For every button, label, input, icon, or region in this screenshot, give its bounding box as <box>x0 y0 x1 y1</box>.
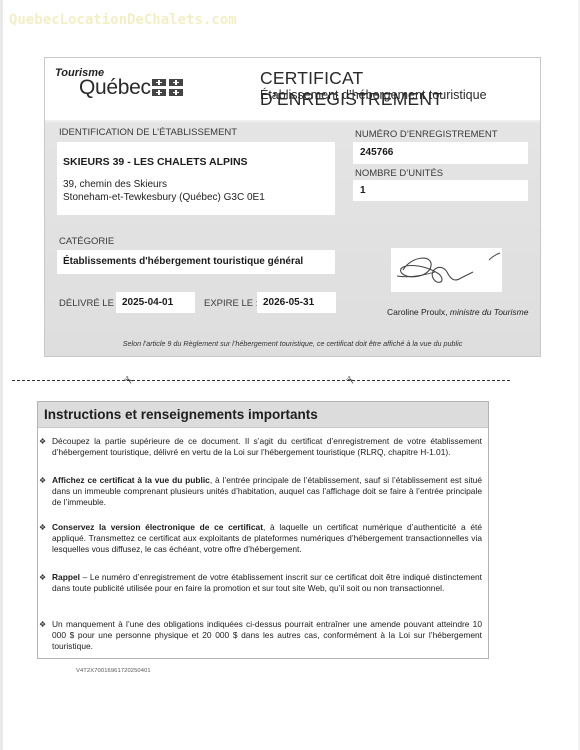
identification-box: SKIEURS 39 - LES CHALETS ALPINS 39, chem… <box>57 142 335 215</box>
category-box: Établissements d'hébergement touristique… <box>57 250 335 274</box>
instruction-item: ❖ Un manquement à l’une des obligations … <box>52 619 482 653</box>
quebec-flag-icon <box>152 79 183 96</box>
scissors-icon: ✂ <box>121 373 136 389</box>
signatory-title: ministre du Tourisme <box>450 307 529 317</box>
issued-date-label: DÉLIVRÉ LE : <box>59 298 119 309</box>
instruction-item: ❖ Conservez la version électronique de c… <box>52 522 482 556</box>
diamond-bullet-icon: ❖ <box>39 522 46 533</box>
registration-number-value: 245766 <box>360 147 393 158</box>
instruction-item: ❖ Découpez la partie supérieure de ce do… <box>52 436 482 458</box>
expiry-date-value: 2026-05-31 <box>263 297 314 308</box>
registration-number-label: NUMÉRO D’ENREGISTREMENT <box>355 129 498 140</box>
signature-box <box>391 248 502 292</box>
instruction-item: ❖ Rappel – Le numéro d’enregistrement de… <box>52 572 482 594</box>
expiry-date-box: 2026-05-31 <box>257 292 336 313</box>
diamond-bullet-icon: ❖ <box>39 436 46 447</box>
issued-date-value: 2025-04-01 <box>122 297 173 308</box>
expiry-date-label: EXPIRE LE : <box>204 298 258 309</box>
instructions-title: Instructions et renseignements important… <box>44 407 318 422</box>
document-id: V4T2X70016961720250401 <box>76 668 151 674</box>
legal-display-note: Selon l’article 9 du Règlement sur l’héb… <box>45 339 540 348</box>
units-label: NOMBRE D’UNITÉS <box>355 168 443 179</box>
identification-label: IDENTIFICATION DE L’ÉTABLISSEMENT <box>59 127 237 138</box>
diamond-bullet-icon: ❖ <box>39 572 46 583</box>
page-edge-left <box>0 0 3 750</box>
certificate-subtitle: Établissement d’hébergement touristique <box>260 88 487 102</box>
handwritten-signature-icon <box>391 248 502 292</box>
cut-line <box>12 380 510 381</box>
diamond-bullet-icon: ❖ <box>39 619 46 630</box>
instruction-item: ❖ Affichez ce certificat à la vue du pub… <box>52 475 482 509</box>
category-label: CATÉGORIE <box>59 236 114 247</box>
registration-certificate: Tourisme Québec CERTIFICAT D’ENREGISTREM… <box>44 57 541 357</box>
category-value: Établissements d'hébergement touristique… <box>63 256 303 267</box>
units-box: 1 <box>353 180 528 201</box>
logo-quebec-text: Québec <box>79 76 151 100</box>
certificate-header: Tourisme Québec CERTIFICAT D’ENREGISTREM… <box>45 58 540 120</box>
establishment-name: SKIEURS 39 - LES CHALETS ALPINS <box>63 156 248 168</box>
units-value: 1 <box>360 185 366 196</box>
signatory-name: Caroline Proulx, ministre du Tourisme <box>387 307 528 317</box>
watermark: QuebecLocationDeChalets.com <box>9 12 237 28</box>
issued-date-box: 2025-04-01 <box>116 292 195 313</box>
registration-number-box: 245766 <box>353 142 528 164</box>
instructions-header: Instructions et renseignements important… <box>38 402 488 428</box>
establishment-address-line1: 39, chemin des Skieurs <box>63 179 167 190</box>
diamond-bullet-icon: ❖ <box>39 475 46 486</box>
establishment-address-line2: Stoneham-et-Tewkesbury (Québec) G3C 0E1 <box>63 192 265 203</box>
scissors-icon: ✂ <box>343 373 358 389</box>
